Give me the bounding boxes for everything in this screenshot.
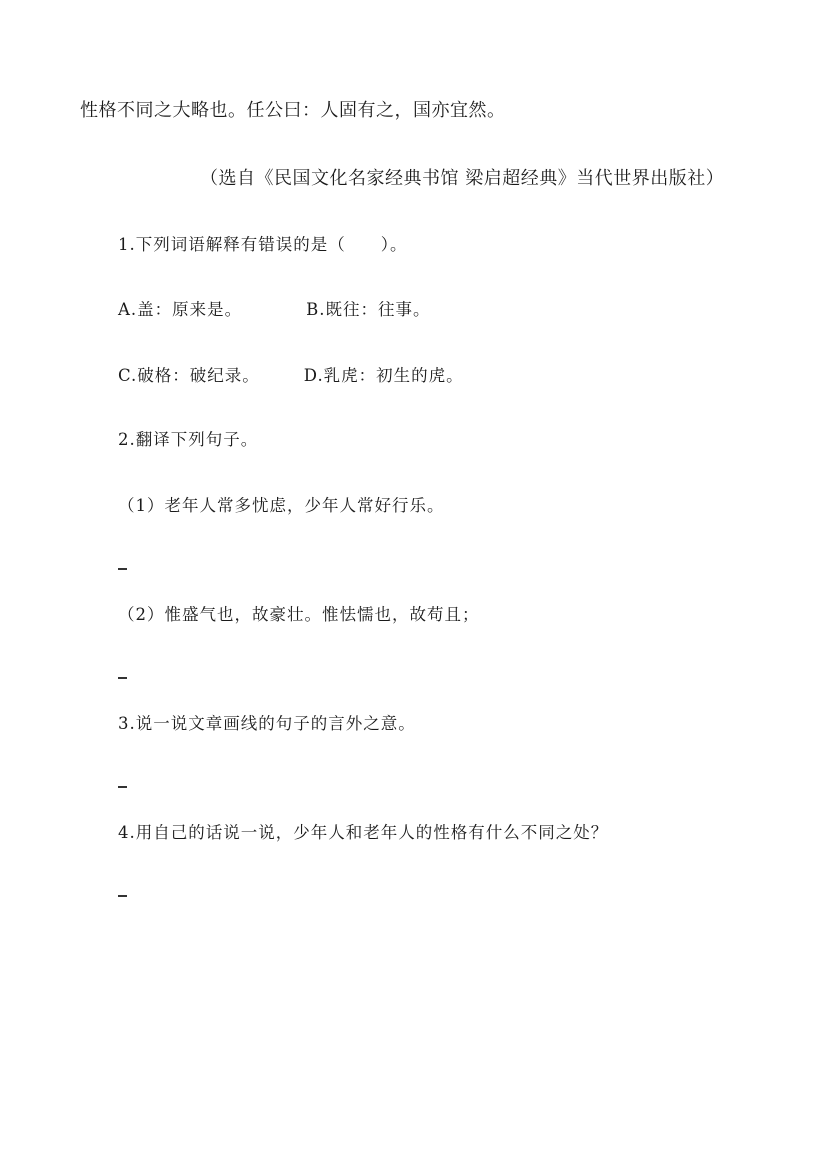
question-2-subitem-1: （1）老年人常多忧虑，少年人常好行乐。: [118, 498, 445, 515]
question-1-stem: 1.下列词语解释有错误的是（ ）。: [118, 237, 408, 254]
question-1-options-row-2: C.破格：破纪录。D.乳虎：初生的虎。: [118, 368, 464, 385]
option-a: A.盖：原来是。: [118, 300, 242, 319]
passage-source-citation: （选自《民国文化名家经典书馆 梁启超经典》当代世界出版社）: [200, 170, 724, 188]
option-c: C.破格：破纪录。: [118, 366, 260, 385]
question-1-options-row-1: A.盖：原来是。B.既往：往事。: [118, 302, 431, 319]
question-2-subitem-2: （2）惟盛气也，故豪壮。惟怯懦也，故苟且；: [118, 607, 480, 624]
question-4-stem: 4.用自己的话说一说，少年人和老年人的性格有什么不同之处？: [118, 825, 608, 842]
question-3-stem: 3.说一说文章画线的句子的言外之意。: [118, 716, 416, 733]
option-d: D.乳虎：初生的虎。: [304, 366, 464, 385]
question-2-stem: 2.翻译下列句子。: [118, 432, 258, 449]
option-b: B.既往：往事。: [306, 300, 430, 319]
answer-blank-2-2[interactable]: [118, 677, 127, 679]
answer-blank-2-1[interactable]: [118, 568, 127, 570]
answer-blank-3[interactable]: [118, 786, 127, 788]
passage-last-line: 性格不同之大略也。任公曰：人固有之，国亦宜然。: [80, 102, 506, 120]
answer-blank-4[interactable]: [118, 895, 127, 897]
